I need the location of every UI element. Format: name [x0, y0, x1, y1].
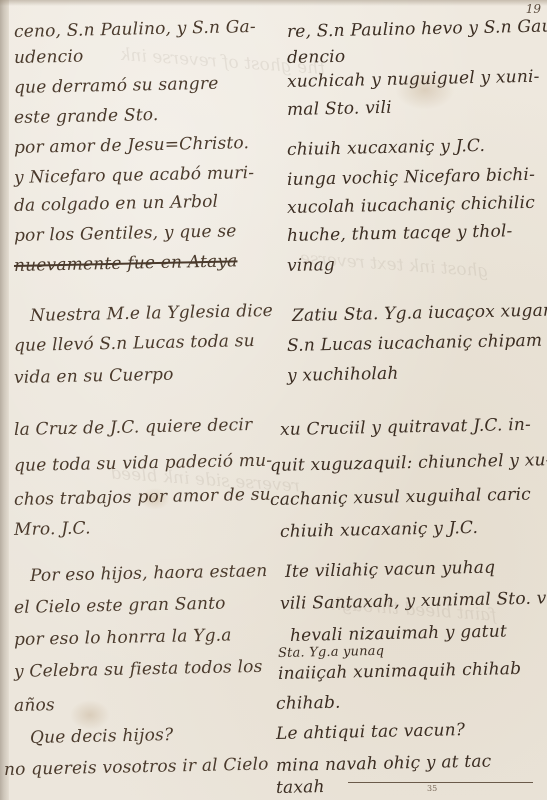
left-line: Nuestra M.e la Yglesia dice [30, 301, 273, 326]
right-line: huche, thum tacqe y thol- [287, 221, 513, 246]
right-line: chihab. [276, 693, 341, 714]
right-line: Zatiu Sta. Yg.a iucaçox xugam [292, 300, 547, 326]
right-line: re, S.n Paulino hevo y S.n Gau- [287, 16, 547, 42]
right-line: chiuih xucaxaniç y J.C. [287, 136, 486, 160]
left-line: Mro. J.C. [14, 518, 91, 540]
right-line: taxah [276, 777, 325, 798]
right-line: dencio [287, 47, 346, 68]
left-line: por eso lo honrra la Yg.a [14, 625, 232, 650]
right-line: mal Sto. vili [287, 98, 392, 120]
left-line: el Cielo este gran Santo [14, 594, 226, 618]
left-line: udencio [14, 47, 84, 68]
right-line: iunga vochiç Nicefaro bichi- [287, 165, 535, 190]
left-line: Que decis hijos? [30, 725, 174, 748]
manuscript-page: the ghost of reverse ink ghost ink text … [0, 0, 547, 800]
left-line: que derramó su sangre [14, 74, 219, 98]
left-line: que llevó S.n Lucas toda su [14, 331, 255, 356]
right-line: vili Santaxah, y xunimal Sto. vila [280, 588, 547, 614]
right-line: S.n Lucas iucachaniç chipam [287, 331, 543, 356]
left-line: chos trabajos por amor de su [14, 485, 271, 510]
right-line: Le ahtiqui tac vacun? [276, 720, 466, 744]
folio-number: 19 [526, 2, 541, 16]
right-line: Sta. Yg.a yunaq [278, 644, 385, 661]
page-top-shadow [0, 0, 547, 6]
left-line: y Nicefaro que acabó muri- [14, 163, 255, 188]
right-line: y xuchiholah [287, 364, 399, 386]
right-line: Ite viliahiç vacun yuhaq [285, 558, 496, 582]
left-line: por amor de Jesu=Christo. [14, 133, 250, 158]
right-line: chiuih xucaxaniç y J.C. [280, 518, 479, 542]
right-line: vinag [287, 255, 335, 276]
catchword-number: 35 [427, 784, 437, 793]
right-line: cachaniç xusul xuguihal caric [270, 485, 531, 510]
right-line: xuchicah y nuguiguel y xuni- [287, 67, 540, 92]
left-line-struck: nuevamente fue en Ataya [14, 251, 238, 276]
right-line: inaiiçah xunimaquih chihab [278, 659, 522, 684]
right-line: mina navah ohiç y at tac [276, 751, 492, 776]
left-line: Por eso hijos, haora estaen [30, 561, 268, 586]
right-line: hevali nizauimah y gatut [290, 621, 507, 646]
right-line: xu Cruciil y quitravat J.C. in- [280, 415, 531, 440]
left-line: años [14, 695, 55, 716]
left-line: no quereis vosotros ir al Cielo [4, 754, 269, 780]
right-line: xucolah iucachaniç chichilic [287, 193, 535, 218]
right-line: quit xuguzaquil: chiunchel y xu- [270, 450, 547, 476]
left-line: y Celebra su fiesta todos los [14, 657, 263, 682]
left-line: que toda su vida padeció mu- [14, 451, 273, 476]
left-line: por los Gentiles, y que se [14, 221, 237, 246]
left-line: la Cruz de J.C. quiere decir [14, 415, 253, 440]
closing-rule [348, 782, 533, 783]
left-line: vida en su Cuerpo [14, 365, 174, 388]
left-line: ceno, S.n Paulino, y S.n Ga- [14, 17, 256, 42]
left-line: este grande Sto. [14, 105, 159, 128]
left-line: da colgado en un Arbol [14, 192, 219, 216]
binding-edge [0, 0, 9, 800]
